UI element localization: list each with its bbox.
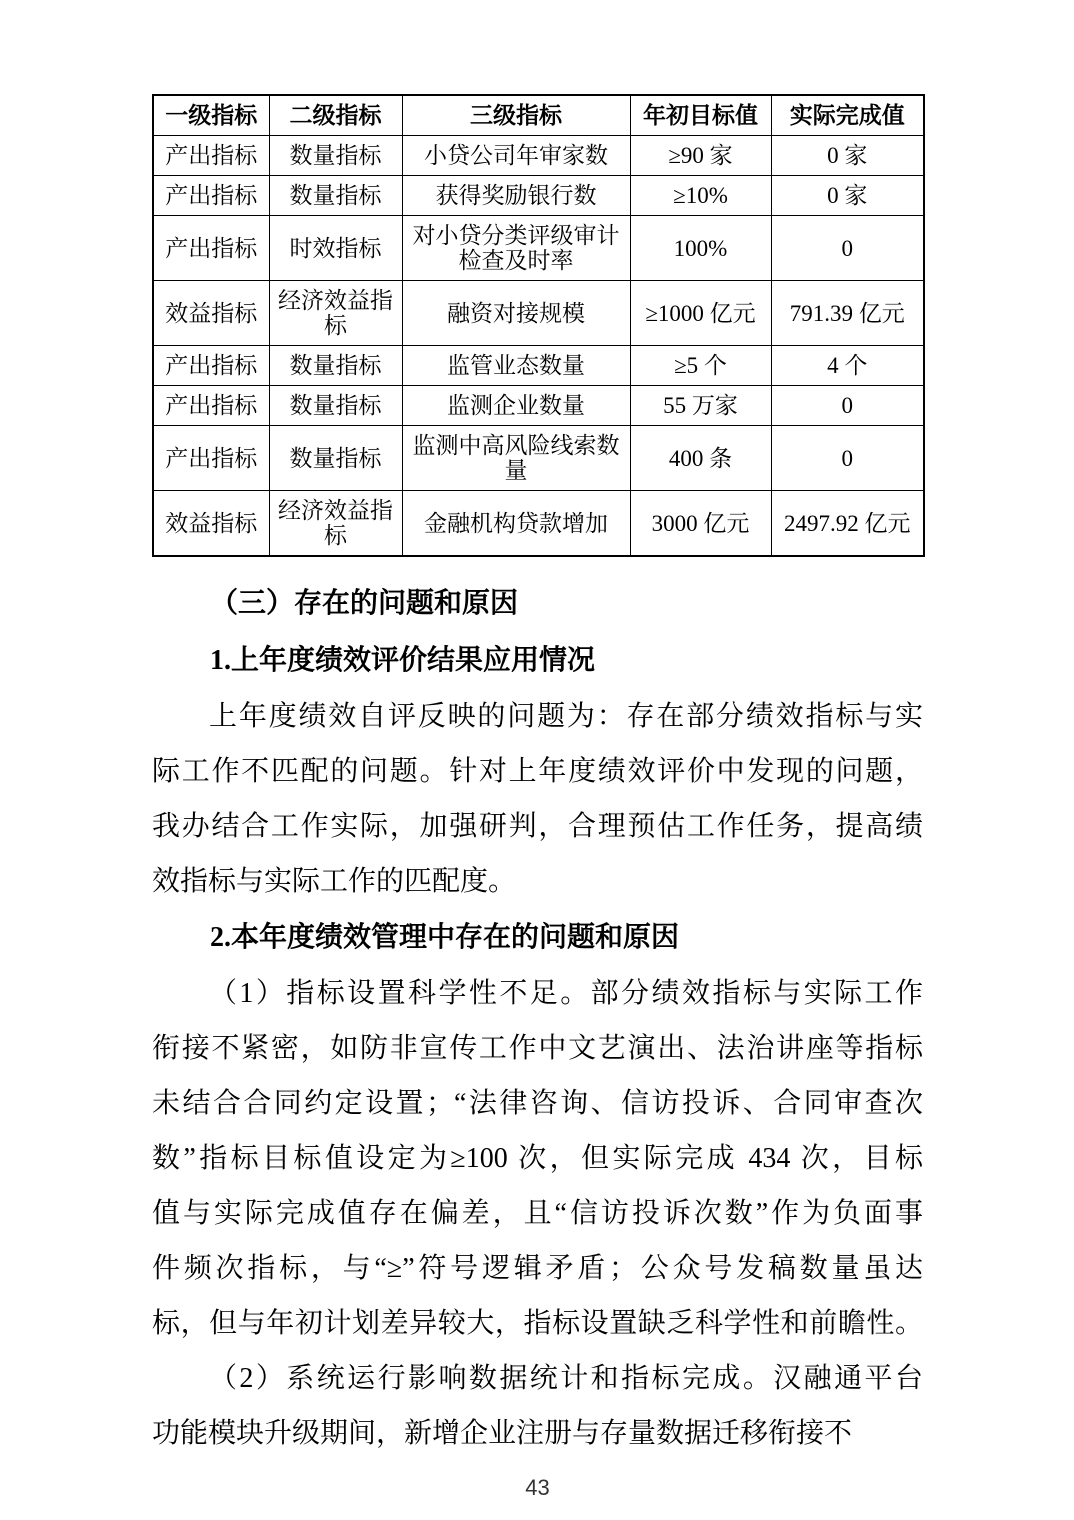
table-header-row: 一级指标 二级指标 三级指标 年初目标值 实际完成值 <box>153 95 924 136</box>
table-row: 产出指标 数量指标 监测中高风险线索数量 400 条 0 <box>153 426 924 491</box>
table-row: 产出指标 数量指标 监管业态数量 ≥5 个 4 个 <box>153 346 924 386</box>
table-cell: 对小贷分类评级审计检查及时率 <box>402 216 630 281</box>
table-cell: 监测企业数量 <box>402 386 630 426</box>
table-cell: 数量指标 <box>269 176 402 216</box>
paragraph-line: 效指标与实际工作的匹配度。 <box>152 854 923 909</box>
table-cell: 经济效益指标 <box>269 281 402 346</box>
table-header-cell: 实际完成值 <box>771 95 924 136</box>
indicator-table: 一级指标 二级指标 三级指标 年初目标值 实际完成值 产出指标 数量指标 小贷公… <box>152 94 925 557</box>
table-cell: 产出指标 <box>153 426 269 491</box>
table-cell: 0 家 <box>771 136 924 176</box>
table-row: 效益指标 经济效益指标 金融机构贷款增加 3000 亿元 2497.92 亿元 <box>153 491 924 557</box>
paragraph-line: 标，但与年初计划差异较大，指标设置缺乏科学性和前瞻性。 <box>152 1296 923 1351</box>
table-row: 产出指标 数量指标 小贷公司年审家数 ≥90 家 0 家 <box>153 136 924 176</box>
table-cell: 融资对接规模 <box>402 281 630 346</box>
table-cell: 产出指标 <box>153 216 269 281</box>
table-cell: 产出指标 <box>153 176 269 216</box>
table-cell: 0 <box>771 216 924 281</box>
table-cell: 效益指标 <box>153 281 269 346</box>
table-cell: ≥10% <box>630 176 771 216</box>
table-cell: 金融机构贷款增加 <box>402 491 630 557</box>
body-text: （三）存在的问题和原因 1.上年度绩效评价结果应用情况 上年度绩效自评反映的问题… <box>152 575 923 1461</box>
table-cell: 0 家 <box>771 176 924 216</box>
table-header-cell: 一级指标 <box>153 95 269 136</box>
table-cell: ≥90 家 <box>630 136 771 176</box>
table-header-cell: 二级指标 <box>269 95 402 136</box>
table-cell: 数量指标 <box>269 346 402 386</box>
table-cell: 3000 亿元 <box>630 491 771 557</box>
sub-heading-1: 1.上年度绩效评价结果应用情况 <box>152 632 923 689</box>
paragraph-line: （1）指标设置科学性不足。部分绩效指标与实际工作 <box>152 966 923 1021</box>
paragraph-line: 数”指标目标值设定为≥100 次，但实际完成 434 次，目标 <box>152 1131 923 1186</box>
sub-heading-2: 2.本年度绩效管理中存在的问题和原因 <box>152 909 923 966</box>
table-cell: 效益指标 <box>153 491 269 557</box>
section-heading: （三）存在的问题和原因 <box>152 575 923 632</box>
table-cell: 0 <box>771 426 924 491</box>
table-cell: 监管业态数量 <box>402 346 630 386</box>
table-cell: 2497.92 亿元 <box>771 491 924 557</box>
table-cell: 0 <box>771 386 924 426</box>
table-cell: ≥5 个 <box>630 346 771 386</box>
table-cell: 获得奖励银行数 <box>402 176 630 216</box>
paragraph-line: 我办结合工作实际，加强研判，合理预估工作任务，提高绩 <box>152 799 923 854</box>
table-cell: 产出指标 <box>153 346 269 386</box>
paragraph-line: （2）系统运行影响数据统计和指标完成。汉融通平台 <box>152 1351 923 1406</box>
paragraph-line: 件频次指标，与“≥”符号逻辑矛盾；公众号发稿数量虽达 <box>152 1241 923 1296</box>
table-row: 效益指标 经济效益指标 融资对接规模 ≥1000 亿元 791.39 亿元 <box>153 281 924 346</box>
table-cell: 4 个 <box>771 346 924 386</box>
table-cell: 数量指标 <box>269 386 402 426</box>
table-cell: 400 条 <box>630 426 771 491</box>
table-cell: 产出指标 <box>153 136 269 176</box>
paragraph-line: 未结合合同约定设置；“法律咨询、信访投诉、合同审查次 <box>152 1076 923 1131</box>
paragraph-line: 衔接不紧密，如防非宣传工作中文艺演出、法治讲座等指标 <box>152 1021 923 1076</box>
paragraph-line: 功能模块升级期间，新增企业注册与存量数据迁移衔接不 <box>152 1406 923 1461</box>
paragraph-line: 上年度绩效自评反映的问题为：存在部分绩效指标与实 <box>152 689 923 744</box>
table-cell: 监测中高风险线索数量 <box>402 426 630 491</box>
paragraph-line: 际工作不匹配的问题。针对上年度绩效评价中发现的问题， <box>152 744 923 799</box>
table-row: 产出指标 数量指标 监测企业数量 55 万家 0 <box>153 386 924 426</box>
table-row: 产出指标 时效指标 对小贷分类评级审计检查及时率 100% 0 <box>153 216 924 281</box>
table-header-cell: 年初目标值 <box>630 95 771 136</box>
document-page: 一级指标 二级指标 三级指标 年初目标值 实际完成值 产出指标 数量指标 小贷公… <box>0 0 1074 1520</box>
table-cell: 小贷公司年审家数 <box>402 136 630 176</box>
table-cell: 经济效益指标 <box>269 491 402 557</box>
table-cell: 产出指标 <box>153 386 269 426</box>
table-cell: 时效指标 <box>269 216 402 281</box>
table-cell: 数量指标 <box>269 136 402 176</box>
table-row: 产出指标 数量指标 获得奖励银行数 ≥10% 0 家 <box>153 176 924 216</box>
table-cell: 791.39 亿元 <box>771 281 924 346</box>
page-number: 43 <box>152 1475 923 1501</box>
table-header-cell: 三级指标 <box>402 95 630 136</box>
paragraph-line: 值与实际完成值存在偏差，且“信访投诉次数”作为负面事 <box>152 1186 923 1241</box>
table-cell: ≥1000 亿元 <box>630 281 771 346</box>
table-cell: 数量指标 <box>269 426 402 491</box>
table-cell: 55 万家 <box>630 386 771 426</box>
table-cell: 100% <box>630 216 771 281</box>
